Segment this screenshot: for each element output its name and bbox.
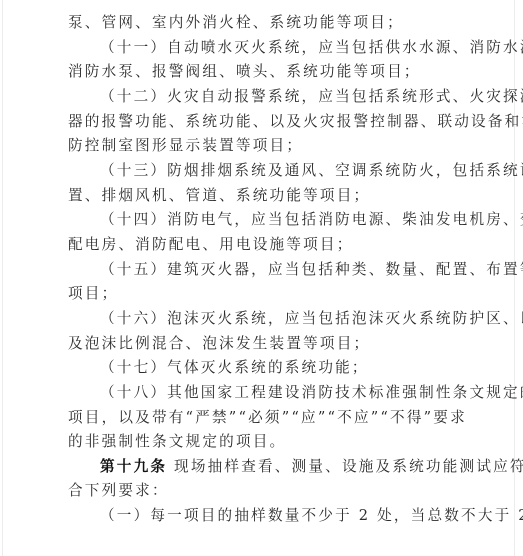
article-19-line: 第十九条 现场抽样查看、测量、设施及系统功能测试应符 <box>68 455 450 480</box>
article-text: 现场抽样查看、测量、设施及系统功能测试应符 <box>167 458 523 475</box>
text-line-item-15: （十五）建筑灭火器，应当包括种类、数量、配置、布置等 <box>68 258 450 283</box>
text-line: 消防水泵、报警阀组、喷头、系统功能等项目； <box>68 60 450 85</box>
text-line-item-13: （十三）防烟排烟系统及通风、空调系统防火，包括系统设 <box>68 159 450 184</box>
text-line: 置、排烟风机、管道、系统功能等项目； <box>68 184 450 209</box>
text-line: 项目； <box>68 282 450 307</box>
text-line-item-16: （十六）泡沫灭火系统，应当包括泡沫灭火系统防护区、以 <box>68 307 450 332</box>
page-left-edge <box>2 0 3 556</box>
text-line-item-1: （一）每一项目的抽样数量不少于 2 处，当总数不大于 2 处 <box>68 504 450 529</box>
text-line-item-12: （十二）火灾自动报警系统，应当包括系统形式、火灾探测 <box>68 85 450 110</box>
text-line: 配电房、消防配电、用电设施等项目； <box>68 233 450 258</box>
article-heading: 第十九条 <box>100 458 167 475</box>
text-line-item-11: （十一）自动喷水灭火系统，应当包括供水水源、消防水池、 <box>68 36 450 61</box>
text-line: 合下列要求： <box>68 479 450 504</box>
document-body: 泵、管网、室内外消火栓、系统功能等项目； （十一）自动喷水灭火系统，应当包括供水… <box>68 11 450 529</box>
text-line: 泵、管网、室内外消火栓、系统功能等项目； <box>68 11 450 36</box>
text-line: 及泡沫比例混合、泡沫发生装置等项目； <box>68 332 450 357</box>
text-line: 器的报警功能、系统功能、以及火灾报警控制器、联动设备和消 <box>68 110 450 135</box>
text-line-item-14: （十四）消防电气，应当包括消防电源、柴油发电机房、变 <box>68 208 450 233</box>
text-line: 防控制室图形显示装置等项目； <box>68 134 450 159</box>
text-line: 项目，以及带有“严禁”“必须”“应”“不应”“不得”要求 <box>68 406 450 431</box>
text-line-item-17: （十七）气体灭火系统的系统功能； <box>68 356 450 381</box>
text-line-item-18: （十八）其他国家工程建设消防技术标准强制性条文规定的 <box>68 381 450 406</box>
text-line: 的非强制性条文规定的项目。 <box>68 430 450 455</box>
